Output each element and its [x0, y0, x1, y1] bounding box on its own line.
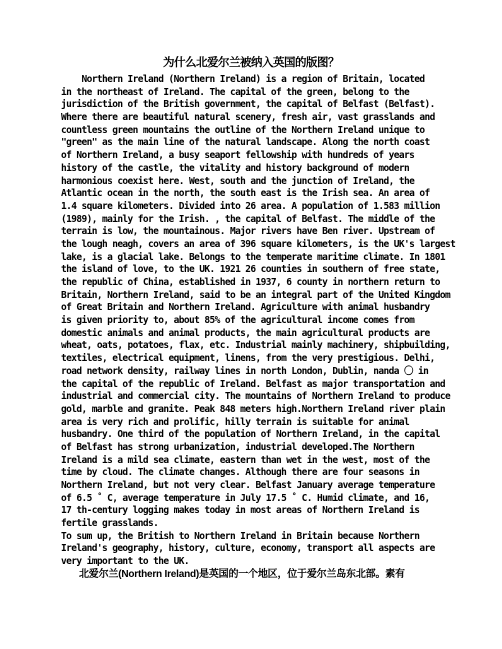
text-line: lake, is a glacial lake. Belongs to the … [61, 252, 443, 265]
text-line: jurisdiction of the British government, … [61, 99, 443, 112]
text-line: the island of love, to the UK. 1921 26 c… [61, 264, 443, 277]
text-line: in the northeast of Ireland. The capital… [61, 87, 443, 100]
text-line: Northern Ireland, but not very clear. Be… [61, 480, 443, 493]
text-line: road network density, railway lines in n… [61, 366, 443, 379]
text-line: fertile grasslands. [61, 518, 443, 531]
text-line: of 6.5 ˚ C, average temperature in July … [61, 493, 443, 506]
closing-paragraph-chinese: 北爱尔兰(Northern Ireland)是英国的一个地区，位于爱尔兰岛东北部… [61, 569, 443, 582]
text-line: history of the castle, the vitality and … [61, 163, 443, 176]
text-line: domestic animals and animal products, th… [61, 328, 443, 341]
body-text-lines: Northern Ireland (Northern Ireland) is a… [61, 74, 443, 569]
text-line: Where there are beautiful natural scener… [61, 112, 443, 125]
text-line: To sum up, the British to Northern Irela… [61, 531, 443, 544]
text-line: of Great Britain and Northern Ireland. A… [61, 302, 443, 315]
text-line: terrain is low, the mountainous. Major r… [61, 226, 443, 239]
document-title: 为什么北爱尔兰被纳入英国的版图？ [0, 56, 502, 71]
text-line: husbandry. One third of the population o… [61, 429, 443, 442]
text-line: of Belfast has strong urbanization, indu… [61, 442, 443, 455]
text-line: 17 th-century logging makes today in mos… [61, 505, 443, 518]
text-line: 1.4 square kilometers. Divided into 26 a… [61, 201, 443, 214]
text-line: Ireland's geography, history, culture, e… [61, 543, 443, 556]
text-line: wheat, oats, potatoes, flax, etc. Indust… [61, 340, 443, 353]
text-line: the lough neagh, covers an area of 396 s… [61, 239, 443, 252]
text-line: time by cloud. The climate changes. Alth… [61, 467, 443, 480]
text-line: gold, marble and granite. Peak 848 meter… [61, 404, 443, 417]
text-line: Britain, Northern Ireland, said to be an… [61, 290, 443, 303]
text-line: "green" as the main line of the natural … [61, 137, 443, 150]
text-line: is given priority to, about 85% of the a… [61, 315, 443, 328]
text-line: countless green mountains the outline of… [61, 125, 443, 138]
text-line: Ireland is a mild sea climate, eastern t… [61, 455, 443, 468]
text-line: the republic of China, established in 19… [61, 277, 443, 290]
document-body: Northern Ireland (Northern Ireland) is a… [61, 74, 443, 582]
text-line: (1989), mainly for the Irish. , the capi… [61, 214, 443, 227]
text-line: the capital of the republic of Ireland. … [61, 379, 443, 392]
text-line: area is very rich and prolific, hilly te… [61, 417, 443, 430]
text-line: harmonious coexist here. West, south and… [61, 176, 443, 189]
text-line: Atlantic ocean in the north, the south e… [61, 188, 443, 201]
text-line: very important to the UK. [61, 556, 443, 569]
text-line: industrial and commercial city. The moun… [61, 391, 443, 404]
text-line: of Northern Ireland, a busy seaport fell… [61, 150, 443, 163]
document-page: 为什么北爱尔兰被纳入英国的版图？ Northern Ireland (North… [0, 0, 502, 649]
text-line: Northern Ireland (Northern Ireland) is a… [61, 74, 443, 87]
text-line: textiles, electrical equipment, linens, … [61, 353, 443, 366]
